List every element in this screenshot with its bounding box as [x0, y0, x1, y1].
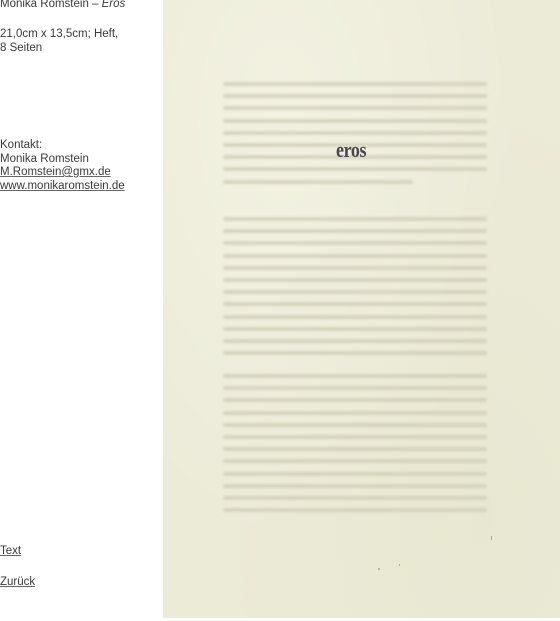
show-through-text-block	[223, 374, 487, 520]
specs-dimensions: 21,0cm x 13,5cm; Heft,	[0, 28, 118, 42]
contact-label: Kontakt:	[0, 139, 125, 153]
artwork-image: eros	[163, 0, 560, 618]
artist-name: Monika Romstein	[0, 0, 89, 10]
paper-speck	[399, 564, 400, 566]
paper-speck	[491, 536, 492, 540]
contact-email-link[interactable]: M.Romstein@gmx.de	[0, 166, 111, 178]
paper-speck	[378, 568, 380, 570]
title-separator: –	[89, 0, 102, 10]
work-heading: Monika Romstein – Eros	[0, 0, 125, 12]
text-link[interactable]: Text	[0, 545, 21, 557]
contact-website-link[interactable]: www.monikaromstein.de	[0, 180, 125, 192]
work-title: Eros	[102, 0, 126, 10]
sidebar: Monika Romstein – Eros 21,0cm x 13,5cm; …	[0, 0, 160, 621]
work-specs: 21,0cm x 13,5cm; Heft, 8 Seiten	[0, 28, 118, 55]
specs-pages: 8 Seiten	[0, 42, 118, 56]
contact-block: Kontakt: Monika Romstein M.Romstein@gmx.…	[0, 139, 125, 193]
show-through-text-block	[223, 217, 487, 363]
back-link[interactable]: Zurück	[0, 576, 35, 588]
printed-title: eros	[336, 143, 366, 157]
contact-name: Monika Romstein	[0, 153, 125, 167]
